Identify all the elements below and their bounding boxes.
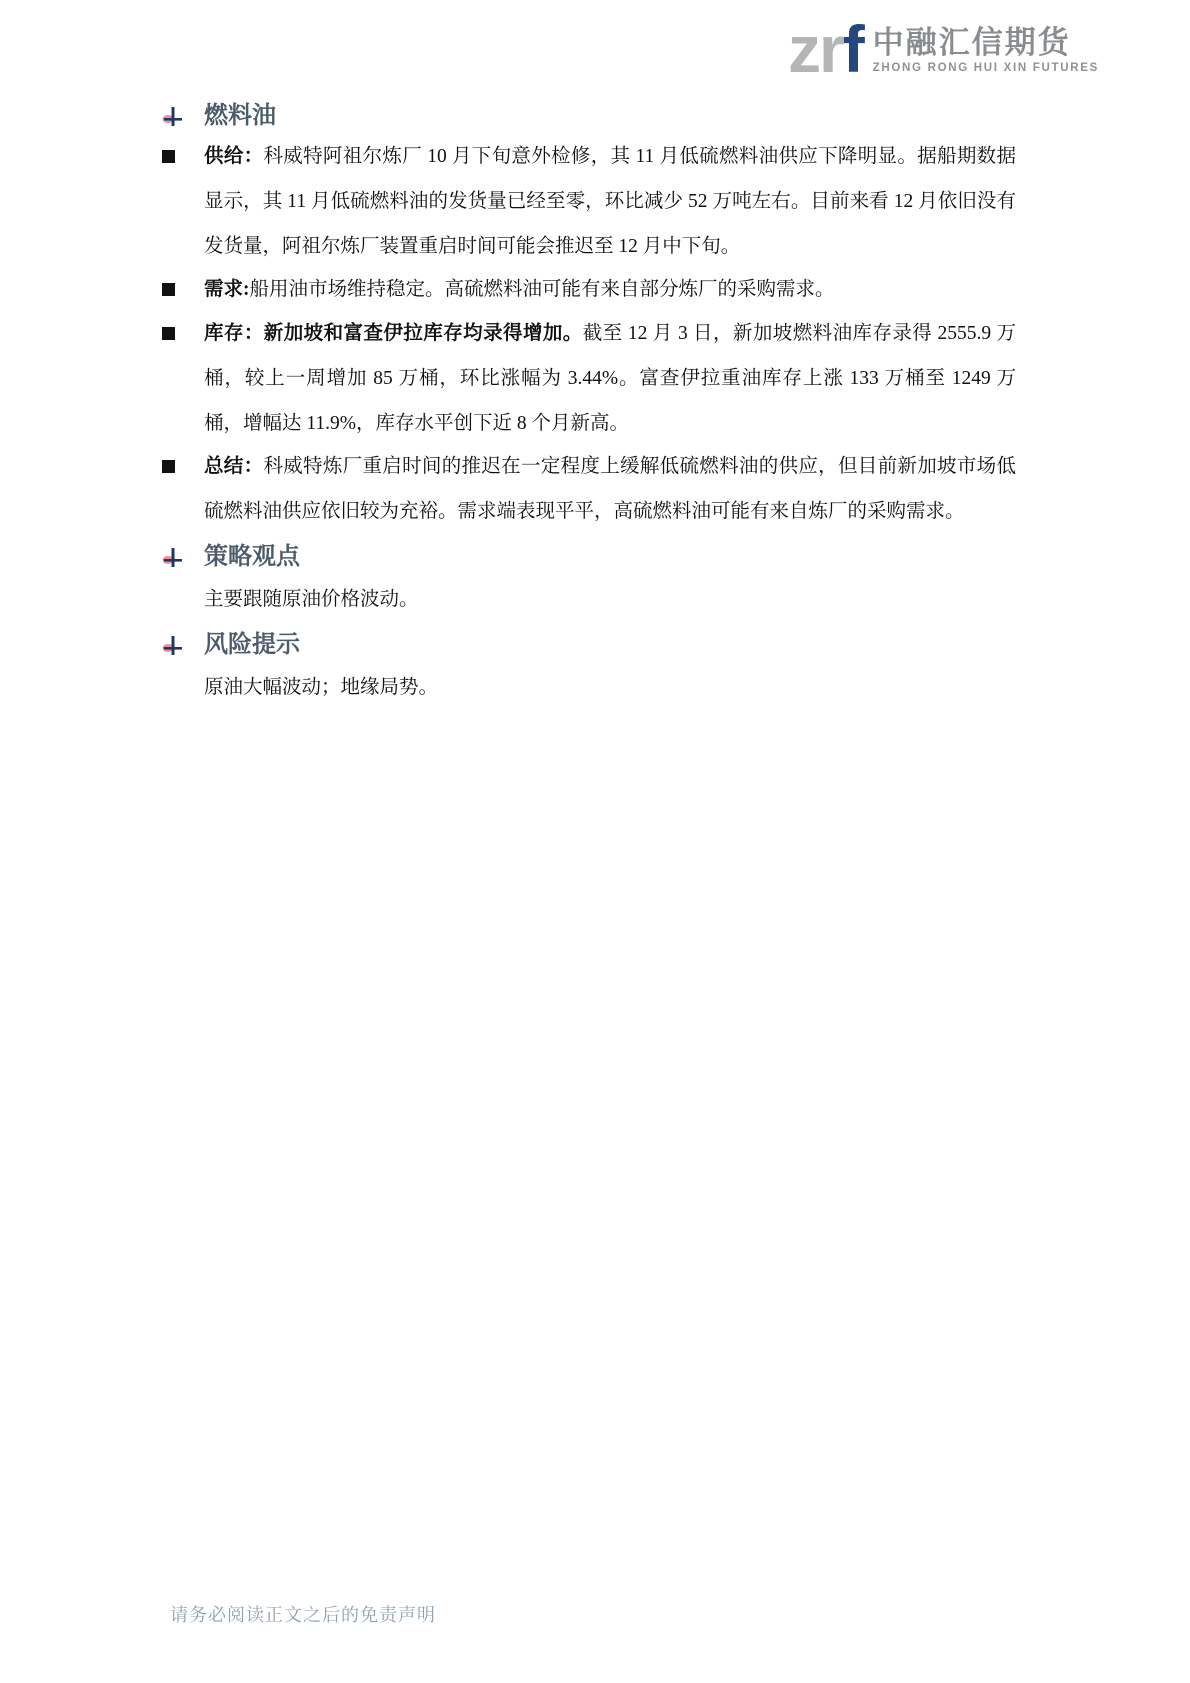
section-title: 风险提示 [204,631,300,658]
risk-text: 原油大幅波动；地缘局势。 [204,674,1016,702]
arrow-bullet-icon [162,546,184,570]
square-bullet-icon [162,150,175,163]
bullet-inventory: 库存：新加坡和富查伊拉库存均录得增加。截至 12 月 3 日，新加坡燃料油库存录… [204,311,1016,446]
report-page: zrf 中融汇信期货 ZHONG RONG HUI XIN FUTURES 燃料… [0,0,1190,1683]
arrow-bullet-icon [162,105,184,129]
footer-disclaimer: 请务必阅读正文之后的免责声明 [170,1601,436,1627]
company-logo: zrf 中融汇信期货 ZHONG RONG HUI XIN FUTURES [788,20,1099,79]
section-heading-risk: 风险提示 [204,631,300,660]
logo-company-name-en: ZHONG RONG HUI XIN FUTURES [873,62,1099,74]
strategy-text: 主要跟随原油价格波动。 [204,586,1016,614]
square-bullet-icon [162,283,175,296]
square-bullet-icon [162,460,175,473]
bullet-inventory-label: 库存：新加坡和富查伊拉库存均录得增加。 [204,323,583,344]
arrow-bullet-icon [162,634,184,658]
section-title: 燃料油 [204,102,276,129]
bullet-summary: 总结：科威特炼厂重启时间的推迟在一定程度上缓解低硫燃料油的供应，但目前新加坡市场… [204,444,1016,534]
section-heading-fuel-oil: 燃料油 [204,102,276,131]
bullet-demand-text: 船用油市场维持稳定。高硫燃料油可能有来自部分炼厂的采购需求。 [250,279,835,300]
logo-names: 中融汇信期货 ZHONG RONG HUI XIN FUTURES [873,26,1099,74]
bullet-supply: 供给：科威特阿祖尔炼厂 10 月下旬意外检修，其 11 月低硫燃料油供应下降明显… [204,134,1016,269]
bullet-supply-text: 科威特阿祖尔炼厂 10 月下旬意外检修，其 11 月低硫燃料油供应下降明显。据船… [204,146,1016,257]
bullet-supply-label: 供给： [204,146,263,167]
logo-zrf-mark: zrf [788,20,863,79]
section-heading-strategy: 策略观点 [204,543,300,572]
bullet-summary-label: 总结： [204,456,263,477]
square-bullet-icon [162,327,175,340]
bullet-demand-label: 需求: [204,279,250,300]
bullet-summary-text: 科威特炼厂重启时间的推迟在一定程度上缓解低硫燃料油的供应，但目前新加坡市场低硫燃… [204,456,1016,522]
logo-f-text: f [843,12,863,86]
logo-zr-text: zr [788,12,843,86]
logo-company-name-cn: 中融汇信期货 [873,26,1099,60]
bullet-demand: 需求:船用油市场维持稳定。高硫燃料油可能有来自部分炼厂的采购需求。 [204,267,1016,312]
section-title: 策略观点 [204,543,300,570]
